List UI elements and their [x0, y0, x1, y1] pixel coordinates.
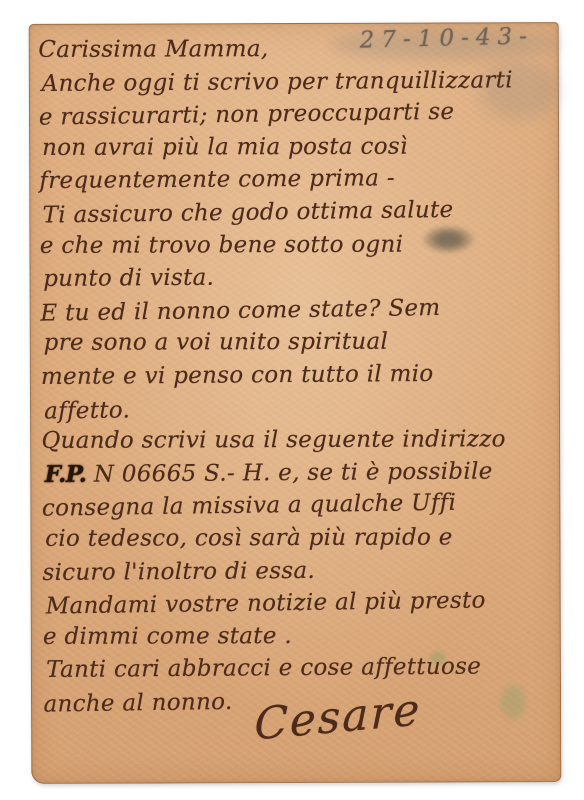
- handwritten-line: Quando scrivi usa il seguente indirizzo: [41, 423, 555, 457]
- handwritten-line: Ti assicuro che godo ottima salute: [42, 192, 553, 232]
- handwritten-line: affetto.: [44, 388, 555, 428]
- handwritten-line: non avrai più la mia posta così: [42, 130, 553, 164]
- salutation-line: Carissima Mamma,: [38, 32, 552, 66]
- handwritten-line: pre sono a voi unito spiritual: [44, 325, 555, 359]
- field-post-code-bold: F.P.: [45, 460, 87, 487]
- field-post-code-rest: N 06665 S.- H. e, se ti è possibile: [86, 458, 493, 487]
- handwritten-line: e dimmi come state .: [43, 619, 557, 653]
- handwritten-line: consegna la missiva a qualche Uffi: [42, 486, 556, 526]
- handwritten-line: e che mi trovo bene sotto ogni: [40, 228, 554, 262]
- handwritten-line: cio tedesco, così sarà più rapido e: [45, 521, 556, 555]
- handwritten-line: e rassicurarti; non preoccuparti se: [39, 95, 553, 135]
- handwritten-line: E tu ed il nonno come state? Sem: [40, 290, 554, 330]
- handwritten-line: Mandami vostre notizie al più presto: [45, 583, 556, 623]
- handwritten-line: punto di vista.: [43, 259, 554, 296]
- letter-body: Carissima Mamma, Anche oggi ti scrivo pe…: [38, 31, 557, 719]
- handwritten-line: mente e vi penso con tutto il mio: [41, 357, 555, 394]
- handwritten-line: Tanti cari abbracci e cose affettuose: [46, 650, 557, 687]
- postcard-scan: 27-10-43- Carissima Mamma, Anche oggi ti…: [29, 22, 562, 784]
- scan-background: 27-10-43- Carissima Mamma, Anche oggi ti…: [0, 0, 584, 800]
